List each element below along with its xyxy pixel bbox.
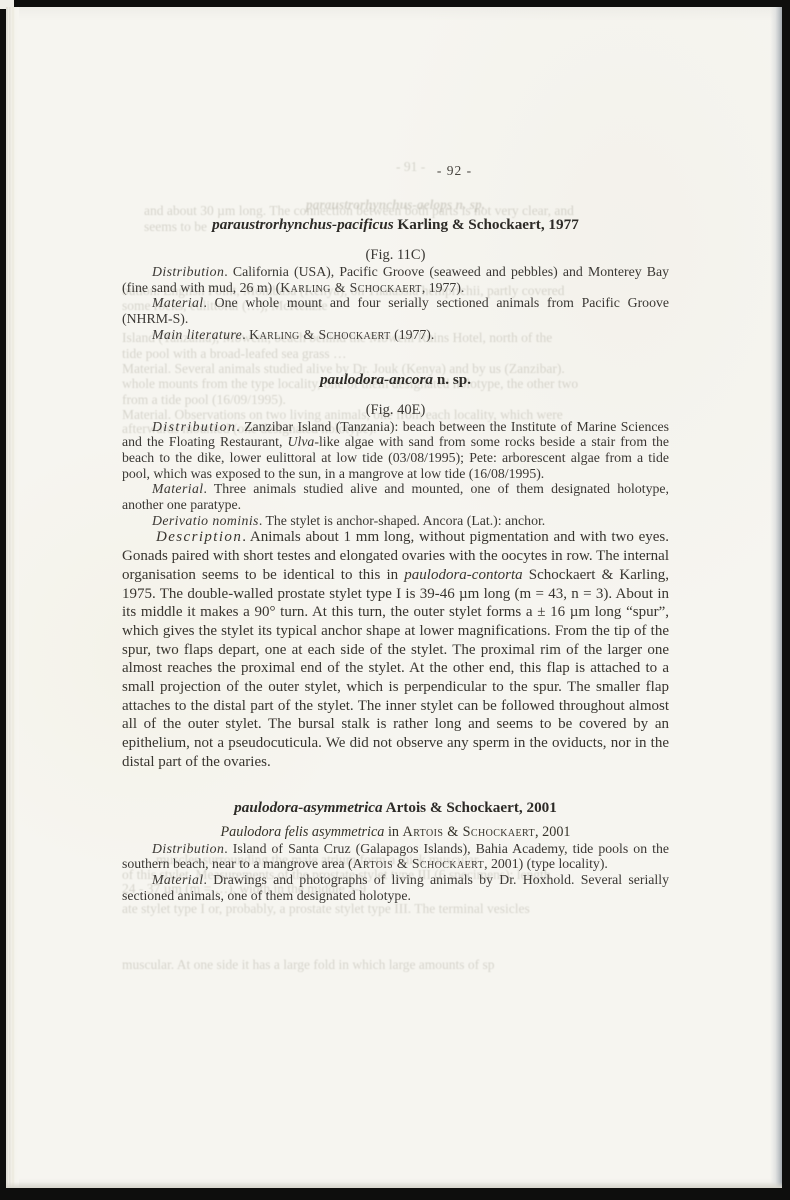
paragraph-material: Material. Drawings and photographs of li… [122, 872, 669, 903]
text-segment: , 2001 [535, 824, 570, 840]
page-stack-edge-left [6, 7, 19, 1188]
text-segment: Ulva [288, 434, 315, 449]
page-stack-edge-right [770, 7, 782, 1188]
paragraph-distribution: Distribution. Zanzibar Island (Tanzania)… [122, 419, 669, 482]
text-segment: Karling & Schockaert [280, 280, 422, 295]
paragraph-description: Description. Animals about 1 mm long, wi… [122, 528, 669, 771]
text-segment: Description [156, 529, 242, 545]
paragraph-distribution: Distribution. California (USA), Pacific … [122, 264, 669, 295]
text-segment: n. sp. [433, 371, 471, 388]
scanned-book-spread: - 91 -paraustrorhynchus-aelops n. sp.and… [0, 0, 790, 1200]
text-segment: Artois & Schockaert [403, 824, 536, 840]
text-segment: , 2001) (type locality). [484, 856, 608, 871]
text-segment: paulodora-contorta [404, 567, 522, 583]
text-segment: Distribution [152, 264, 224, 279]
section-paraustrorhynchus-pacificus: paraustrorhynchus-pacificus Karling & Sc… [122, 216, 669, 343]
text-segment: (1977). [391, 327, 435, 342]
text-segment: paulodora-asymmetrica [234, 799, 383, 816]
paragraph-material: Material. Three animals studied alive an… [122, 481, 669, 512]
section-heading: paulodora-asymmetrica Artois & Schockaer… [122, 799, 669, 817]
text-segment: Material [152, 295, 203, 310]
text-block: - 92 - paraustrorhynchus-pacificus Karli… [122, 7, 669, 903]
figure-reference: (Fig. 40E) [122, 402, 669, 419]
section-heading: paraustrorhynchus-pacificus Karling & Sc… [122, 216, 669, 234]
figure-reference: (Fig. 11C) [122, 247, 669, 264]
text-segment: Distribution [152, 419, 236, 434]
synonym-subtitle: Paulodora felis asymmetrica in Artois & … [122, 824, 669, 841]
text-segment: Material [152, 481, 203, 496]
paragraph-derivatio-nominis: Derivatio nominis. The stylet is anchor-… [122, 513, 669, 529]
bleedthrough-fragment: muscular. At one side it has a large fol… [122, 957, 669, 972]
text-segment: . Drawings and photographs of living ani… [122, 872, 669, 903]
text-segment: Schockaert & Karling, 1975. The double-w… [122, 567, 669, 770]
text-segment: in [384, 824, 402, 840]
paragraph-main-literature: Main literature. Karling & Schockaert (1… [122, 327, 669, 343]
text-segment: . One whole mount and four serially sect… [122, 295, 669, 326]
section-heading: paulodora-ancora n. sp. [122, 371, 669, 389]
text-segment: Derivatio nominis [152, 513, 259, 528]
text-segment: Karling & Schockaert, 1977 [394, 216, 579, 233]
text-segment: Artois & Schockaert, 2001 [383, 799, 557, 816]
section-paulodora-ancora: paulodora-ancora n. sp. (Fig. 40E) Distr… [122, 371, 669, 772]
paragraph-distribution: Distribution. Island of Santa Cruz (Gala… [122, 841, 669, 872]
section-paulodora-asymmetrica: paulodora-asymmetrica Artois & Schockaer… [122, 799, 669, 904]
text-segment: paulodora-ancora [320, 371, 433, 388]
page-edge-bottom [6, 1182, 782, 1188]
text-segment: Artois & Schockaert [353, 856, 485, 871]
text-segment: , 1977). [422, 280, 465, 295]
text-segment: Distribution [152, 841, 224, 856]
page-number: - 92 - [181, 163, 728, 179]
text-segment: . The stylet is anchor-shaped. Ancora (L… [259, 513, 545, 528]
text-segment: Material [152, 872, 203, 887]
text-segment: Paulodora felis asymmetrica [220, 824, 384, 840]
text-segment: Main literature [152, 327, 242, 342]
scanned-page: - 91 -paraustrorhynchus-aelops n. sp.and… [6, 7, 782, 1188]
text-segment: Karling & Schockaert [249, 327, 391, 342]
text-segment: . Three animals studied alive and mounte… [122, 481, 669, 512]
paragraph-material: Material. One whole mount and four seria… [122, 295, 669, 326]
text-segment: paraustrorhynchus-pacificus [212, 216, 393, 233]
